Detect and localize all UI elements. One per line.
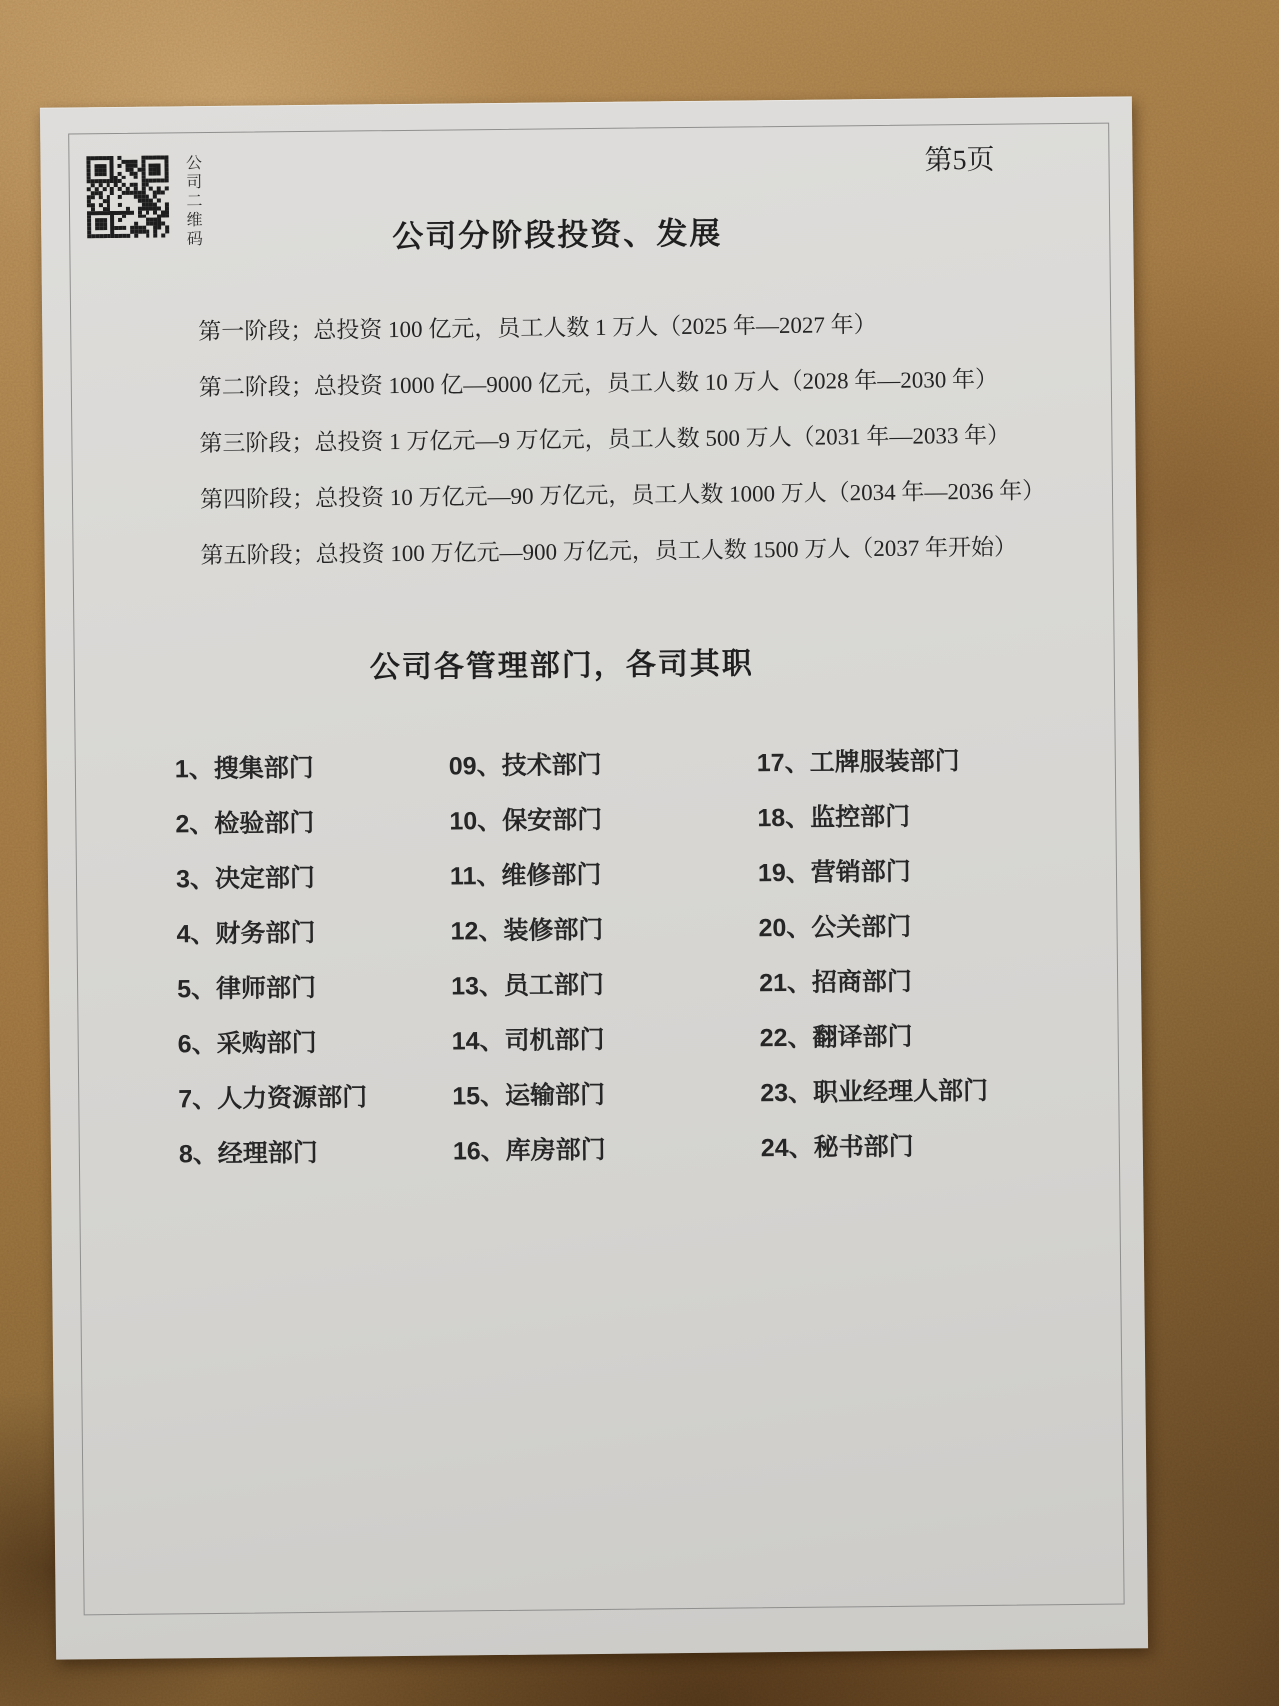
photo-vignette [0,0,1279,1706]
